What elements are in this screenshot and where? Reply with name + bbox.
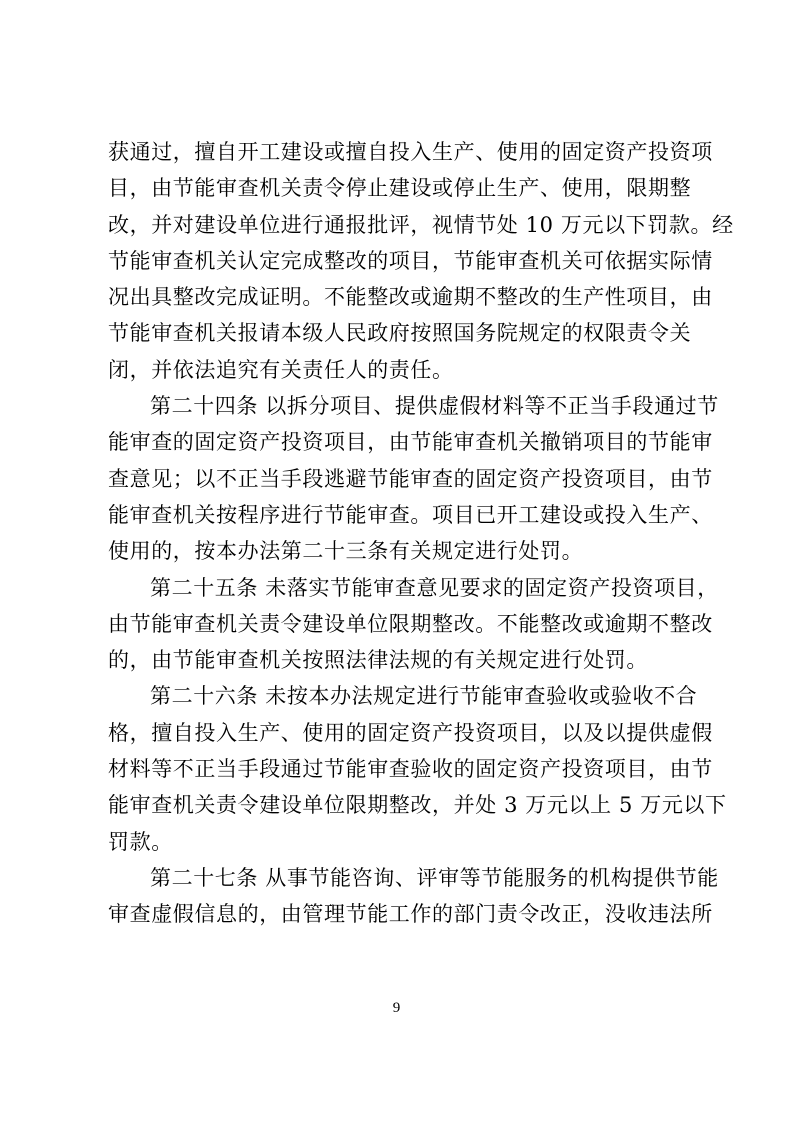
- paragraph-article-27: 第二十七条 从事节能咨询、评审等节能服务的机构提供节能 审查虚假信息的，由管理节…: [108, 860, 688, 933]
- text-line: 材料等不正当手段通过节能审查验收的固定资产投资项目，由节: [108, 751, 688, 787]
- text-line: 节能审查机关报请本级人民政府按照国务院规定的权限责令关: [108, 315, 688, 351]
- text-line: 的，由节能审查机关按照法律法规的有关规定进行处罚。: [108, 642, 688, 678]
- text-line: 第二十六条 未按本办法规定进行节能审查验收或验收不合: [108, 678, 688, 714]
- text-line: 使用的，按本办法第二十三条有关规定进行处罚。: [108, 533, 688, 569]
- text-line: 查意见；以不正当手段逃避节能审查的固定资产投资项目，由节: [108, 461, 688, 497]
- page-number: 9: [0, 998, 793, 1018]
- text-line: 况出具整改完成证明。不能整改或逾期不整改的生产性项目，由: [108, 279, 688, 315]
- document-body: 获通过，擅自开工建设或擅自投入生产、使用的固定资产投资项 目，由节能审查机关责令…: [108, 134, 688, 933]
- text-line: 第二十七条 从事节能咨询、评审等节能服务的机构提供节能: [108, 860, 688, 896]
- text-line: 能审查机关责令建设单位限期整改，并处 3 万元以上 5 万元以下: [108, 787, 688, 823]
- paragraph-continuation-article-23: 获通过，擅自开工建设或擅自投入生产、使用的固定资产投资项 目，由节能审查机关责令…: [108, 134, 688, 388]
- text-line: 罚款。: [108, 824, 688, 860]
- text-line: 审查虚假信息的，由管理节能工作的部门责令改正，没收违法所: [108, 896, 688, 932]
- text-line: 第二十五条 未落实节能审查意见要求的固定资产投资项目，: [108, 570, 688, 606]
- text-line: 获通过，擅自开工建设或擅自投入生产、使用的固定资产投资项: [108, 134, 688, 170]
- text-line: 由节能审查机关责令建设单位限期整改。不能整改或逾期不整改: [108, 606, 688, 642]
- document-page: 获通过，擅自开工建设或擅自投入生产、使用的固定资产投资项 目，由节能审查机关责令…: [0, 0, 793, 1122]
- paragraph-article-24: 第二十四条 以拆分项目、提供虚假材料等不正当手段通过节 能审查的固定资产投资项目…: [108, 388, 688, 569]
- text-line: 闭，并依法追究有关责任人的责任。: [108, 352, 688, 388]
- text-line: 目，由节能审查机关责令停止建设或停止生产、使用，限期整: [108, 170, 688, 206]
- text-line: 格，擅自投入生产、使用的固定资产投资项目，以及以提供虚假: [108, 715, 688, 751]
- text-line: 节能审查机关认定完成整改的项目，节能审查机关可依据实际情: [108, 243, 688, 279]
- paragraph-article-25: 第二十五条 未落实节能审查意见要求的固定资产投资项目， 由节能审查机关责令建设单…: [108, 570, 688, 679]
- text-line: 能审查的固定资产投资项目，由节能审查机关撤销项目的节能审: [108, 424, 688, 460]
- text-line: 能审查机关按程序进行节能审查。项目已开工建设或投入生产、: [108, 497, 688, 533]
- text-line: 第二十四条 以拆分项目、提供虚假材料等不正当手段通过节: [108, 388, 688, 424]
- paragraph-article-26: 第二十六条 未按本办法规定进行节能审查验收或验收不合 格，擅自投入生产、使用的固…: [108, 678, 688, 859]
- text-line: 改，并对建设单位进行通报批评，视情节处 10 万元以下罚款。经: [108, 207, 688, 243]
